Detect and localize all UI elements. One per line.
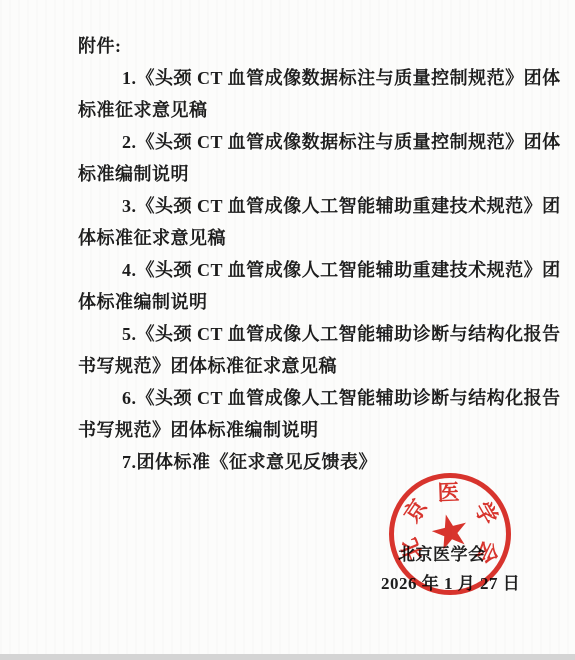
attachment-list: 附件: 1.《头颈 CT 血管成像数据标注与质量控制规范》团体 标准征求意见稿 … [78, 30, 535, 478]
list-item: 6.《头颈 CT 血管成像人工智能辅助诊断与结构化报告 [78, 382, 535, 414]
list-item: 标准编制说明 [78, 158, 535, 190]
list-item: 体标准编制说明 [78, 286, 535, 318]
list-item: 书写规范》团体标准征求意见稿 [78, 350, 535, 382]
list-item: 5.《头颈 CT 血管成像人工智能辅助诊断与结构化报告 [78, 318, 535, 350]
list-item: 标准征求意见稿 [78, 94, 535, 126]
list-item: 3.《头颈 CT 血管成像人工智能辅助重建技术规范》团 [78, 190, 535, 222]
list-item: 1.《头颈 CT 血管成像数据标注与质量控制规范》团体 [78, 62, 535, 94]
attachment-label: 附件: [78, 30, 535, 62]
seal-character: 医 [435, 480, 462, 507]
scanned-document-page: 附件: 1.《头颈 CT 血管成像数据标注与质量控制规范》团体 标准征求意见稿 … [0, 0, 575, 660]
list-item: 4.《头颈 CT 血管成像人工智能辅助重建技术规范》团 [78, 254, 535, 286]
scanner-edge-shadow [0, 654, 575, 660]
official-seal: ★ 北 京 医 学 会 [389, 473, 511, 595]
list-item: 2.《头颈 CT 血管成像数据标注与质量控制规范》团体 [78, 126, 535, 158]
list-item: 书写规范》团体标准编制说明 [78, 414, 535, 446]
list-item: 体标准征求意见稿 [78, 222, 535, 254]
